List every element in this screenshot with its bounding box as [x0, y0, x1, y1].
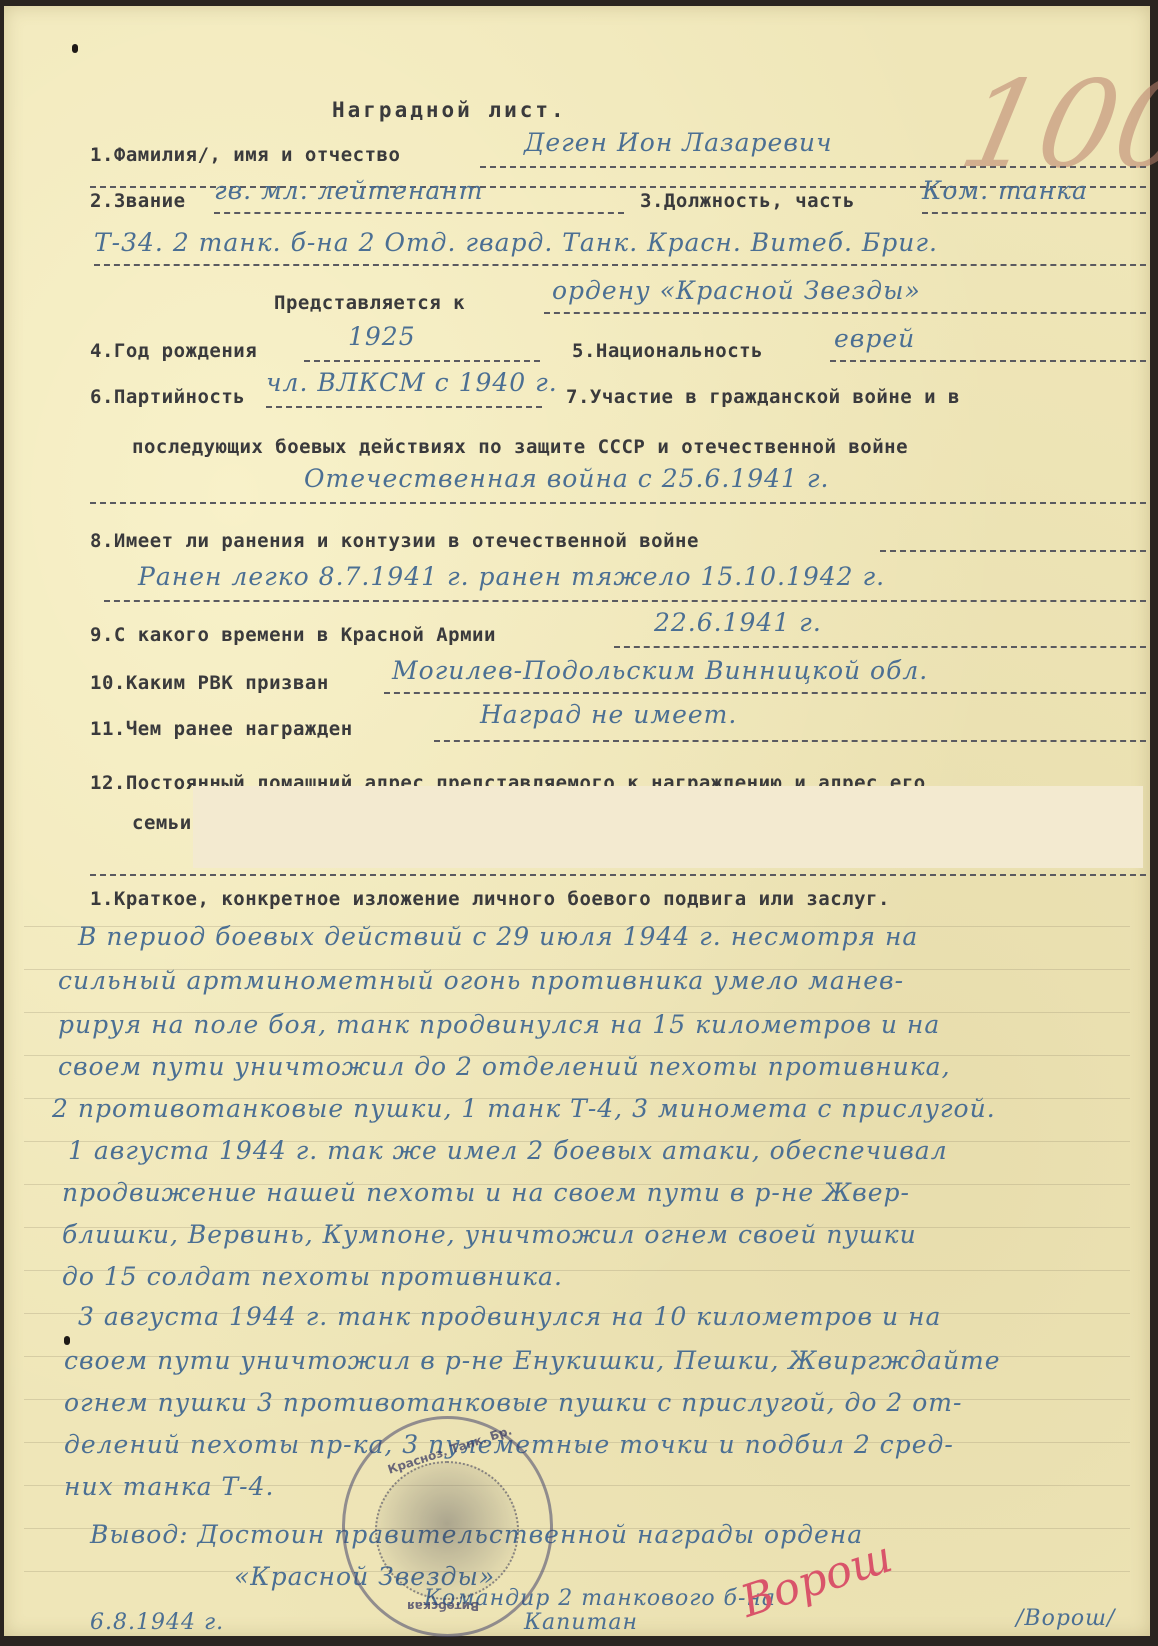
- stamp-emblem: [375, 1461, 519, 1600]
- field-11-label: 11.Чем ранее награжден: [90, 718, 353, 740]
- punch-hole: [72, 44, 78, 53]
- document-title: Наградной лист.: [332, 98, 567, 122]
- narrative-line: продвижение нашей пехоты и на своем пути…: [62, 1178, 910, 1207]
- narrative-line: блишки, Вервинь, Кумпоне, уничтожил огне…: [62, 1220, 917, 1249]
- narrative-line: сильный артминометный огонь противника у…: [58, 966, 904, 995]
- field-10-label: 10.Каким РВК призван: [90, 672, 329, 694]
- field-13-label: 1.Краткое, конкретное изложение личного …: [90, 888, 890, 910]
- field-11-value: Наград не имеет.: [480, 700, 737, 729]
- punch-hole: [64, 1336, 70, 1345]
- field-2-line: [214, 212, 624, 214]
- field-4-line: [304, 360, 540, 362]
- commander-name: /Ворош/: [1016, 1606, 1115, 1631]
- nominated-line: [544, 312, 1146, 314]
- commander-rank: Капитан: [524, 1610, 638, 1635]
- field-3-value-cont: Т-34. 2 танк. б-на 2 Отд. гвард. Танк. К…: [94, 228, 938, 257]
- archive-number-mark: 100: [951, 66, 1158, 186]
- official-stamp: Красноз. Танк. Бр. Витебская: [342, 1416, 553, 1637]
- ruled-line: [24, 1571, 1130, 1572]
- field-1-label: 1.Фамилия/, имя и отчество: [90, 144, 400, 166]
- narrative-line: 1 августа 1944 г. так же имел 2 боевых а…: [68, 1136, 948, 1165]
- field-9-line: [614, 646, 1146, 648]
- field-3-label: 3.Должность, часть: [640, 190, 855, 212]
- field-3-line2: [94, 264, 1146, 266]
- narrative-line: до 15 солдат пехоты противника.: [62, 1262, 563, 1291]
- narrative-line: огнем пушки 3 противотанковые пушки с пр…: [64, 1388, 962, 1417]
- field-5-label: 5.Национальность: [572, 340, 763, 362]
- narrative-line: них танка Т-4.: [64, 1472, 274, 1501]
- field-10-value: Могилев-Подольским Винницкой обл.: [392, 656, 928, 685]
- field-5-line: [830, 360, 1146, 362]
- field-7-label-cont: последующих боевых действиях по защите С…: [132, 436, 908, 458]
- field-8-line: [880, 550, 1146, 552]
- redacted-address: [193, 786, 1143, 868]
- field-11-line: [434, 740, 1146, 742]
- field-12-line: [90, 874, 1146, 876]
- field-2-value: гв. мл. лейтенант: [214, 176, 483, 205]
- narrative-line: 3 августа 1944 г. танк продвинулся на 10…: [78, 1302, 941, 1331]
- field-4-label: 4.Год рождения: [90, 340, 257, 362]
- field-9-value: 22.6.1941 г.: [654, 608, 822, 637]
- field-7-line: [90, 502, 1146, 504]
- field-8-label: 8.Имеет ли ранения и контузии в отечеств…: [90, 530, 699, 552]
- sign-date: 6.8.1944 г.: [90, 1610, 224, 1635]
- field-3-line: [922, 212, 1146, 214]
- field-5-value: еврей: [834, 324, 915, 353]
- narrative-line: 2 противотанковые пушки, 1 танк Т-4, 3 м…: [52, 1094, 996, 1123]
- field-7-label: 7.Участие в гражданской войне и в: [566, 386, 960, 408]
- field-6-value: чл. ВЛКСМ с 1940 г.: [266, 368, 558, 397]
- field-2-label: 2.Звание: [90, 190, 186, 212]
- field-6-label: 6.Партийность: [90, 386, 245, 408]
- field-3-value: Ком. танка: [922, 176, 1088, 205]
- narrative-line: рируя на поле боя, танк продвинулся на 1…: [58, 1010, 940, 1039]
- narrative-line: В период боевых действий с 29 июля 1944 …: [78, 922, 918, 951]
- nominated-label: Представляется к: [274, 292, 465, 314]
- field-4-value: 1925: [348, 322, 416, 351]
- field-10-line: [384, 692, 1146, 694]
- field-7-value: Отечественная война с 25.6.1941 г.: [304, 464, 829, 493]
- narrative-line: своем пути уничтожил до 2 отделений пехо…: [58, 1052, 951, 1081]
- field-12-label-cont: семьи: [132, 812, 192, 834]
- narrative-line: своем пути уничтожил в р-не Енукишки, Пе…: [64, 1346, 1001, 1375]
- field-8-value: Ранен легко 8.7.1941 г. ранен тяжело 15.…: [138, 562, 885, 591]
- field-8-line2: [104, 600, 1146, 602]
- nominated-value: ордену «Красной Звезды»: [552, 276, 921, 305]
- stamp-text-bottom: Витебская: [407, 1599, 479, 1613]
- field-1-value: Деген Ион Лазаревич: [524, 128, 833, 157]
- field-6-line: [266, 406, 542, 408]
- field-9-label: 9.С какого времени в Красной Армии: [90, 624, 496, 646]
- field-1-line: [480, 166, 1146, 168]
- award-sheet: 100 Наградной лист. 1.Фамилия/, имя и от…: [4, 6, 1150, 1636]
